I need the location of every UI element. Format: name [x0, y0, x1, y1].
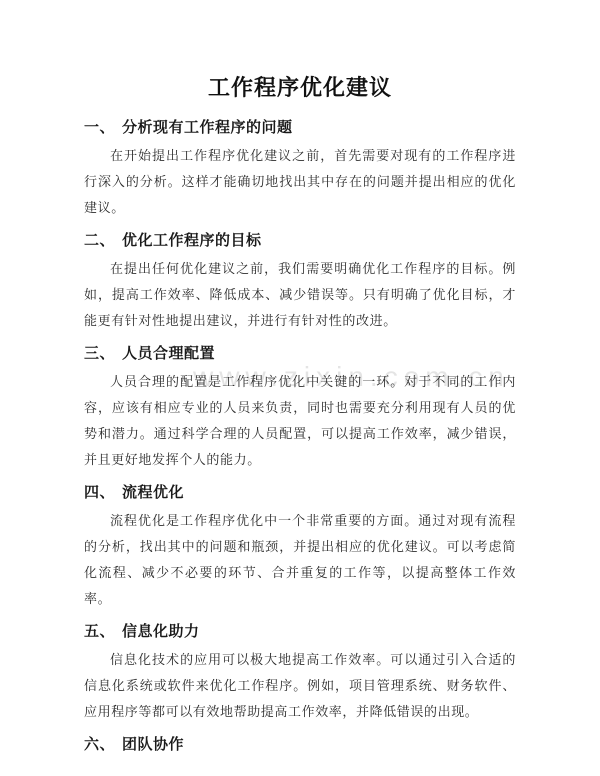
section-number: 一、	[84, 119, 115, 136]
section-title: 信息化助力	[122, 623, 200, 640]
section-heading: 四、流程优化	[84, 483, 516, 503]
section-heading: 六、团队协作	[84, 735, 516, 755]
document-sections: 一、分析现有工作程序的问题 在开始提出工作程序优化建议之前，首先需要对现有的工作…	[84, 118, 516, 755]
section-title: 团队协作	[122, 736, 184, 753]
section-paragraph: 在开始提出工作程序优化建议之前，首先需要对现有的工作程序进行深入的分析。这样才能…	[84, 143, 516, 221]
document-page: www.zixin.com.cn 工作程序优化建议 一、分析现有工作程序的问题 …	[0, 0, 600, 776]
section-heading: 一、分析现有工作程序的问题	[84, 118, 516, 138]
section-title: 分析现有工作程序的问题	[122, 119, 293, 136]
section-paragraph: 在提出任何优化建议之前，我们需要明确优化工作程序的目标。例如，提高工作效率、降低…	[84, 256, 516, 334]
document-title: 工作程序优化建议	[84, 73, 516, 103]
section-title: 人员合理配置	[122, 345, 215, 362]
document-body: 工作程序优化建议 一、分析现有工作程序的问题 在开始提出工作程序优化建议之前，首…	[84, 73, 516, 755]
document-section: 三、人员合理配置 人员合理的配置是工作程序优化中关键的一环。对于不同的工作内容，…	[84, 344, 516, 473]
document-section: 五、信息化助力 信息化技术的应用可以极大地提高工作效率。可以通过引入合适的信息化…	[84, 622, 516, 725]
section-title: 优化工作程序的目标	[122, 232, 262, 249]
document-section: 六、团队协作	[84, 735, 516, 755]
section-number: 六、	[84, 736, 115, 753]
section-paragraph: 信息化技术的应用可以极大地提高工作效率。可以通过引入合适的信息化系统或软件来优化…	[84, 647, 516, 725]
document-section: 二、优化工作程序的目标 在提出任何优化建议之前，我们需要明确优化工作程序的目标。…	[84, 231, 516, 334]
section-heading: 三、人员合理配置	[84, 344, 516, 364]
section-paragraph: 流程优化是工作程序优化中一个非常重要的方面。通过对现有流程的分析，找出其中的问题…	[84, 508, 516, 612]
document-section: 四、流程优化 流程优化是工作程序优化中一个非常重要的方面。通过对现有流程的分析，…	[84, 483, 516, 612]
section-title: 流程优化	[122, 484, 184, 501]
section-number: 二、	[84, 232, 115, 249]
section-number: 三、	[84, 345, 115, 362]
section-paragraph: 人员合理的配置是工作程序优化中关键的一环。对于不同的工作内容，应该有相应专业的人…	[84, 369, 516, 473]
section-heading: 五、信息化助力	[84, 622, 516, 642]
document-section: 一、分析现有工作程序的问题 在开始提出工作程序优化建议之前，首先需要对现有的工作…	[84, 118, 516, 221]
section-number: 四、	[84, 484, 115, 501]
section-number: 五、	[84, 623, 115, 640]
section-heading: 二、优化工作程序的目标	[84, 231, 516, 251]
